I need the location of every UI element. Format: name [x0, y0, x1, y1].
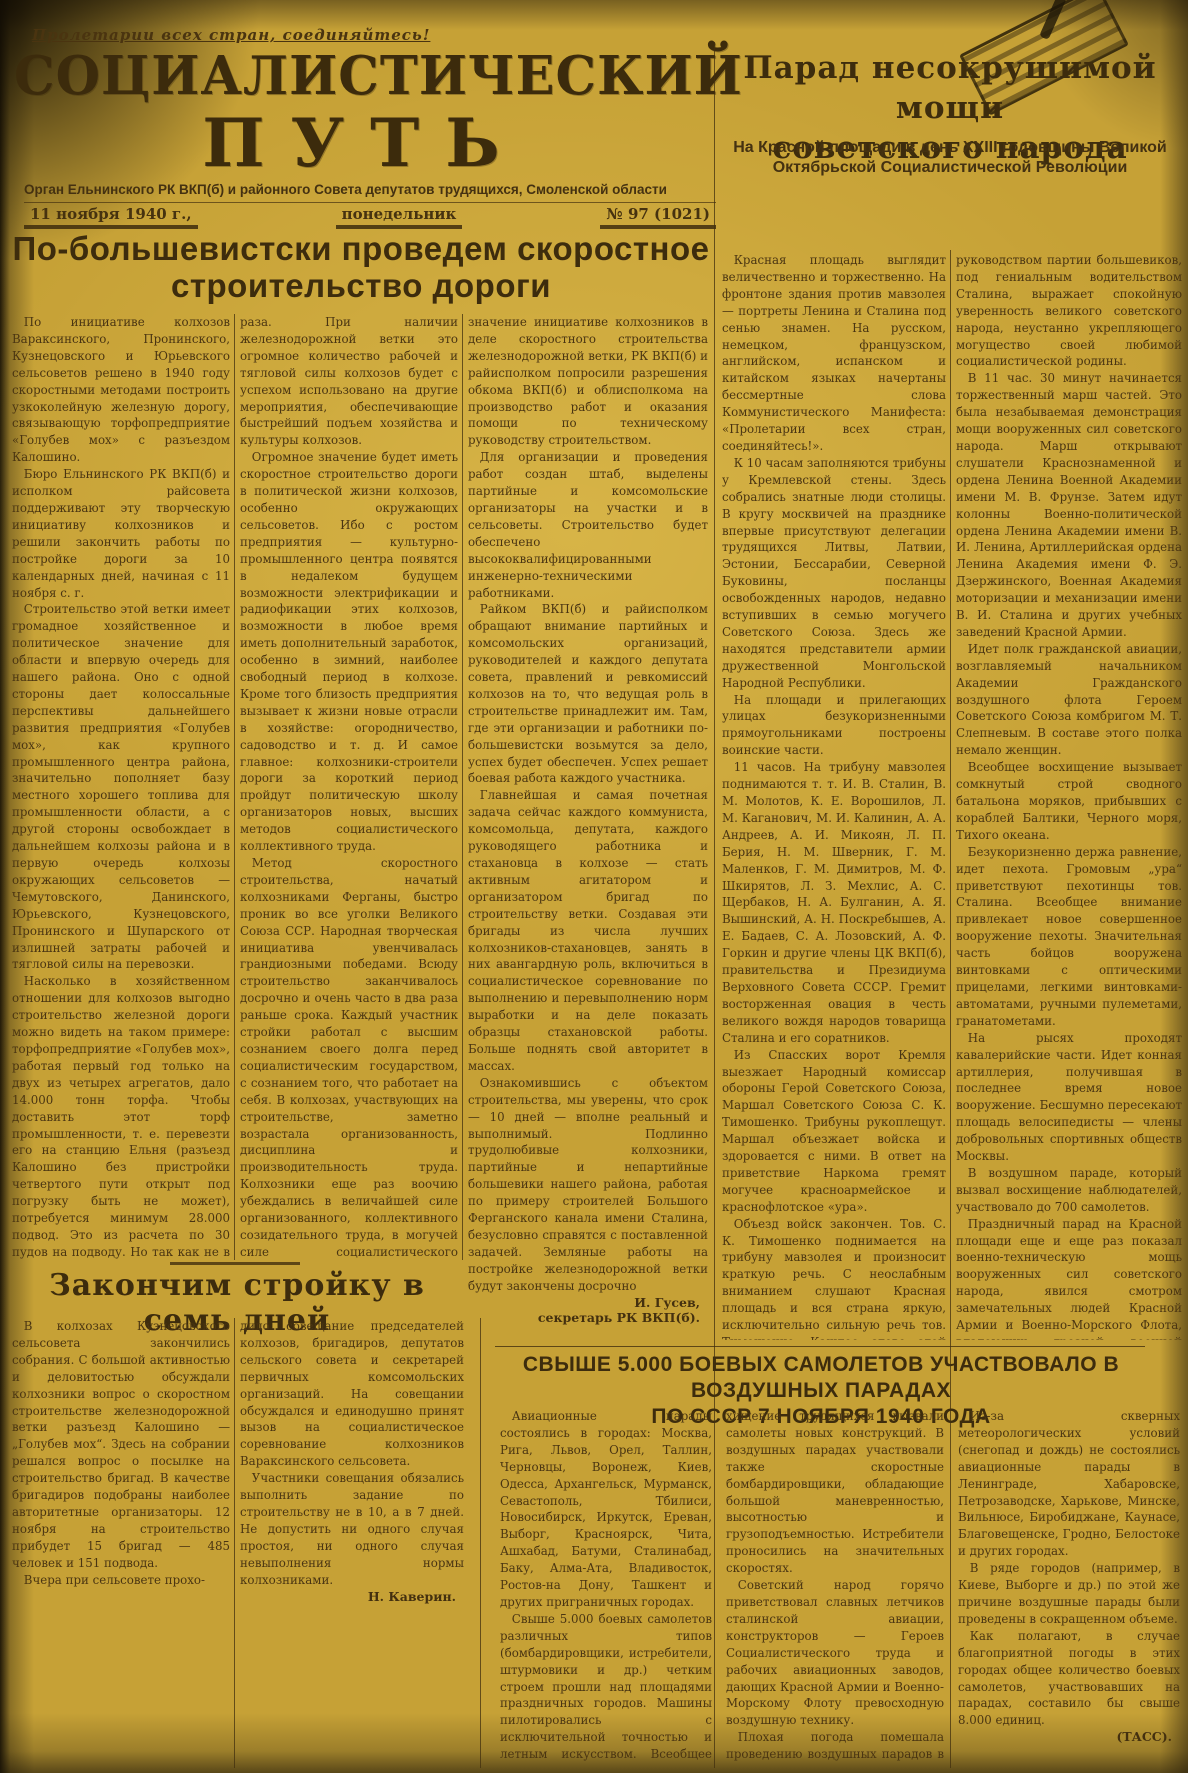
- aviation-headline-line1: СВЫШЕ 5.000 БОЕВЫХ САМОЛЕТОВ УЧАСТВОВАЛО…: [495, 1352, 1147, 1404]
- column-divider: [234, 1318, 235, 1768]
- road-signature-title: секретарь РК ВКП(б).: [468, 1310, 708, 1325]
- parade-headline-line1: Парад несокрушимой мощи: [718, 48, 1182, 128]
- aviation-column-3: Из-за скверных метеорологических условий…: [958, 1408, 1180, 1766]
- issue-weekday: понедельник: [336, 205, 463, 229]
- road-article-column-1: По инициативе колхозов Вараксинского, Пр…: [12, 314, 230, 1260]
- road-signature-name: И. Гусев,: [468, 1295, 708, 1310]
- aviation-column-3-text: Из-за скверных метеорологических условий…: [958, 1408, 1180, 1729]
- section-rule: [495, 1346, 1145, 1347]
- issue-number: № 97 (1021): [600, 205, 716, 229]
- seven-days-column-1: В колхозах Кузнецовского сельсовета зако…: [12, 1318, 230, 1766]
- road-column-3-text: значение инициативе колхозников в деле с…: [468, 314, 708, 1295]
- road-article-headline: По-большевистски проведем скоростное стр…: [8, 230, 714, 304]
- seven-days-signature: Н. Каверин.: [240, 1589, 464, 1604]
- masthead-organ-line: Орган Ельнинского РК ВКП(б) и районного …: [24, 182, 724, 197]
- column-divider: [462, 314, 463, 1260]
- road-article-column-2: раза. При наличии железнодорожной ветки …: [240, 314, 458, 1260]
- masthead-title-line1: СОЦИАЛИСТИЧЕСКИЙ: [14, 45, 714, 108]
- newspaper-page: Пролетарии всех стран, соединяйтесь! СОЦ…: [0, 0, 1188, 1773]
- column-divider: [234, 314, 235, 1260]
- tass-signature: (ТАСС).: [958, 1729, 1180, 1744]
- parade-column-2: руководством партии большевиков, под ген…: [956, 252, 1182, 1340]
- aviation-column-1: Авиационные парады состоялись в городах:…: [500, 1408, 712, 1766]
- section-divider: [714, 42, 715, 1768]
- road-headline-line2: строительство дороги: [8, 267, 714, 304]
- parade-subhead: На Красной площади в день XXIII годовщин…: [722, 138, 1178, 178]
- seven-days-column-2-text: дило совещание председателей колхозов, б…: [240, 1318, 464, 1589]
- section-rule: [170, 1262, 300, 1265]
- masthead-dateline: 11 ноября 1940 г., понедельник № 97 (102…: [24, 202, 716, 229]
- road-headline-line1: По-большевистски проведем скоростное: [8, 230, 714, 267]
- issue-date: 11 ноября 1940 г.,: [24, 205, 198, 229]
- parade-column-1: Красная площадь выглядит величественно и…: [722, 252, 946, 1340]
- masthead-slogan: Пролетарии всех стран, соединяйтесь!: [32, 26, 462, 44]
- aviation-column-2: хищение трудящихся вызвали самолеты новы…: [726, 1408, 944, 1766]
- masthead-title-line2: ПУТЬ: [14, 104, 714, 182]
- road-article-column-3: значение инициативе колхозников в деле с…: [468, 314, 708, 1350]
- column-divider: [480, 1318, 481, 1768]
- seven-days-column-2: дило совещание председателей колхозов, б…: [240, 1318, 464, 1766]
- column-divider: [950, 250, 951, 1768]
